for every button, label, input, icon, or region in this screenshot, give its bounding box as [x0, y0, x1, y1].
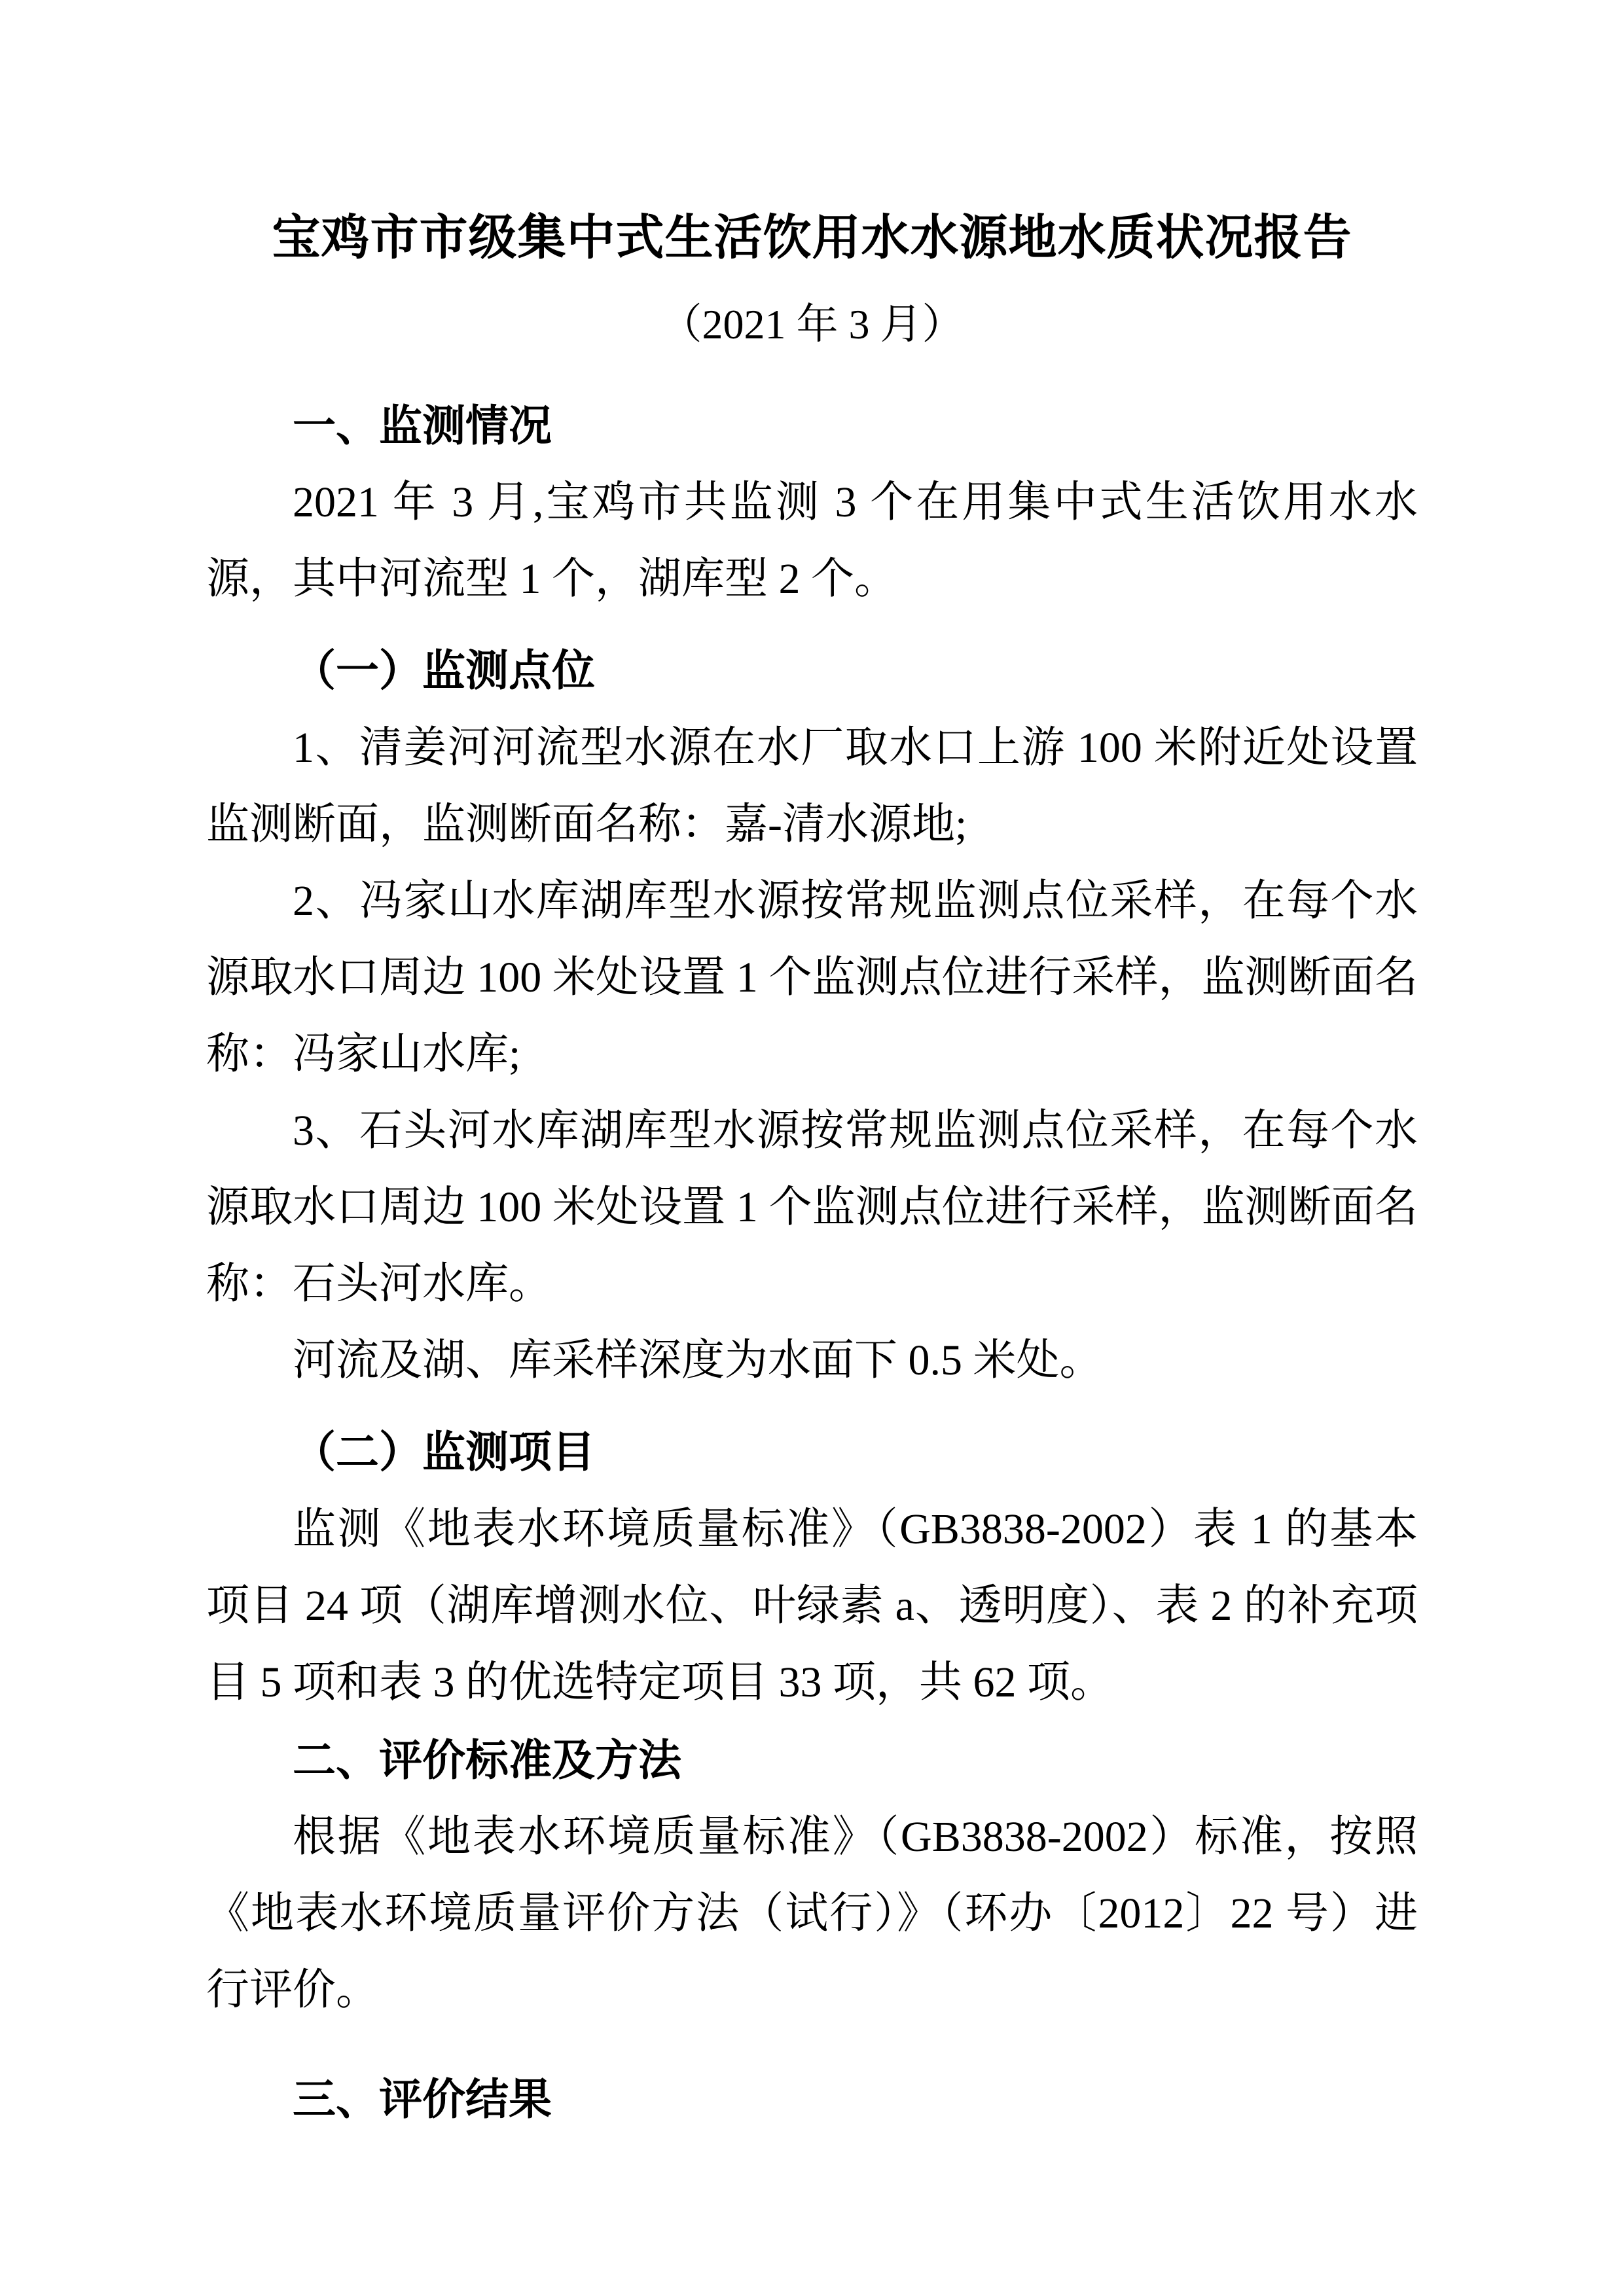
paragraph-monitoring-overview: 2021 年 3 月,宝鸡市共监测 3 个在用集中式生活饮用水水源，其中河流型 … — [206, 464, 1418, 617]
paragraph-monitoring-items: 监测《地表水环境质量标准》（GB3838-2002）表 1 的基本项目 24 项… — [206, 1491, 1418, 1721]
section-heading-evaluation-results: 三、评价结果 — [206, 2061, 1418, 2138]
document-content: 宝鸡市市级集中式生活饮用水水源地水质状况报告 （2021 年 3 月） 一、监测… — [0, 0, 1624, 2138]
document-title: 宝鸡市市级集中式生活饮用水水源地水质状况报告 — [206, 208, 1418, 268]
document-date-line: （2021 年 3 月） — [206, 298, 1418, 351]
paragraph-sampling-depth: 河流及湖、库采样深度为水面下 0.5 米处。 — [206, 1322, 1418, 1399]
document-page: 宝鸡市市级集中式生活饮用水水源地水质状况报告 （2021 年 3 月） 一、监测… — [0, 0, 1624, 2296]
section-heading-evaluation-standard: 二、评价标准及方法 — [206, 1722, 1418, 1799]
paragraph-monitoring-point-3: 3、石头河水库湖库型水源按常规监测点位采样，在每个水源取水口周边 100 米处设… — [206, 1092, 1418, 1322]
subsection-heading-monitoring-items: （二）监测项目 — [206, 1414, 1418, 1491]
paragraph-evaluation-standard: 根据《地表水环境质量标准》（GB3838-2002）标准，按照《地表水环境质量评… — [206, 1799, 1418, 2028]
paragraph-monitoring-point-1: 1、清姜河河流型水源在水厂取水口上游 100 米附近处设置监测断面，监测断面名称… — [206, 709, 1418, 863]
subsection-heading-monitoring-points: （一）监测点位 — [206, 633, 1418, 709]
section-heading-monitoring-overview: 一、监测情况 — [206, 387, 1418, 464]
paragraph-monitoring-point-2: 2、冯家山水库湖库型水源按常规监测点位采样，在每个水源取水口周边 100 米处设… — [206, 863, 1418, 1092]
